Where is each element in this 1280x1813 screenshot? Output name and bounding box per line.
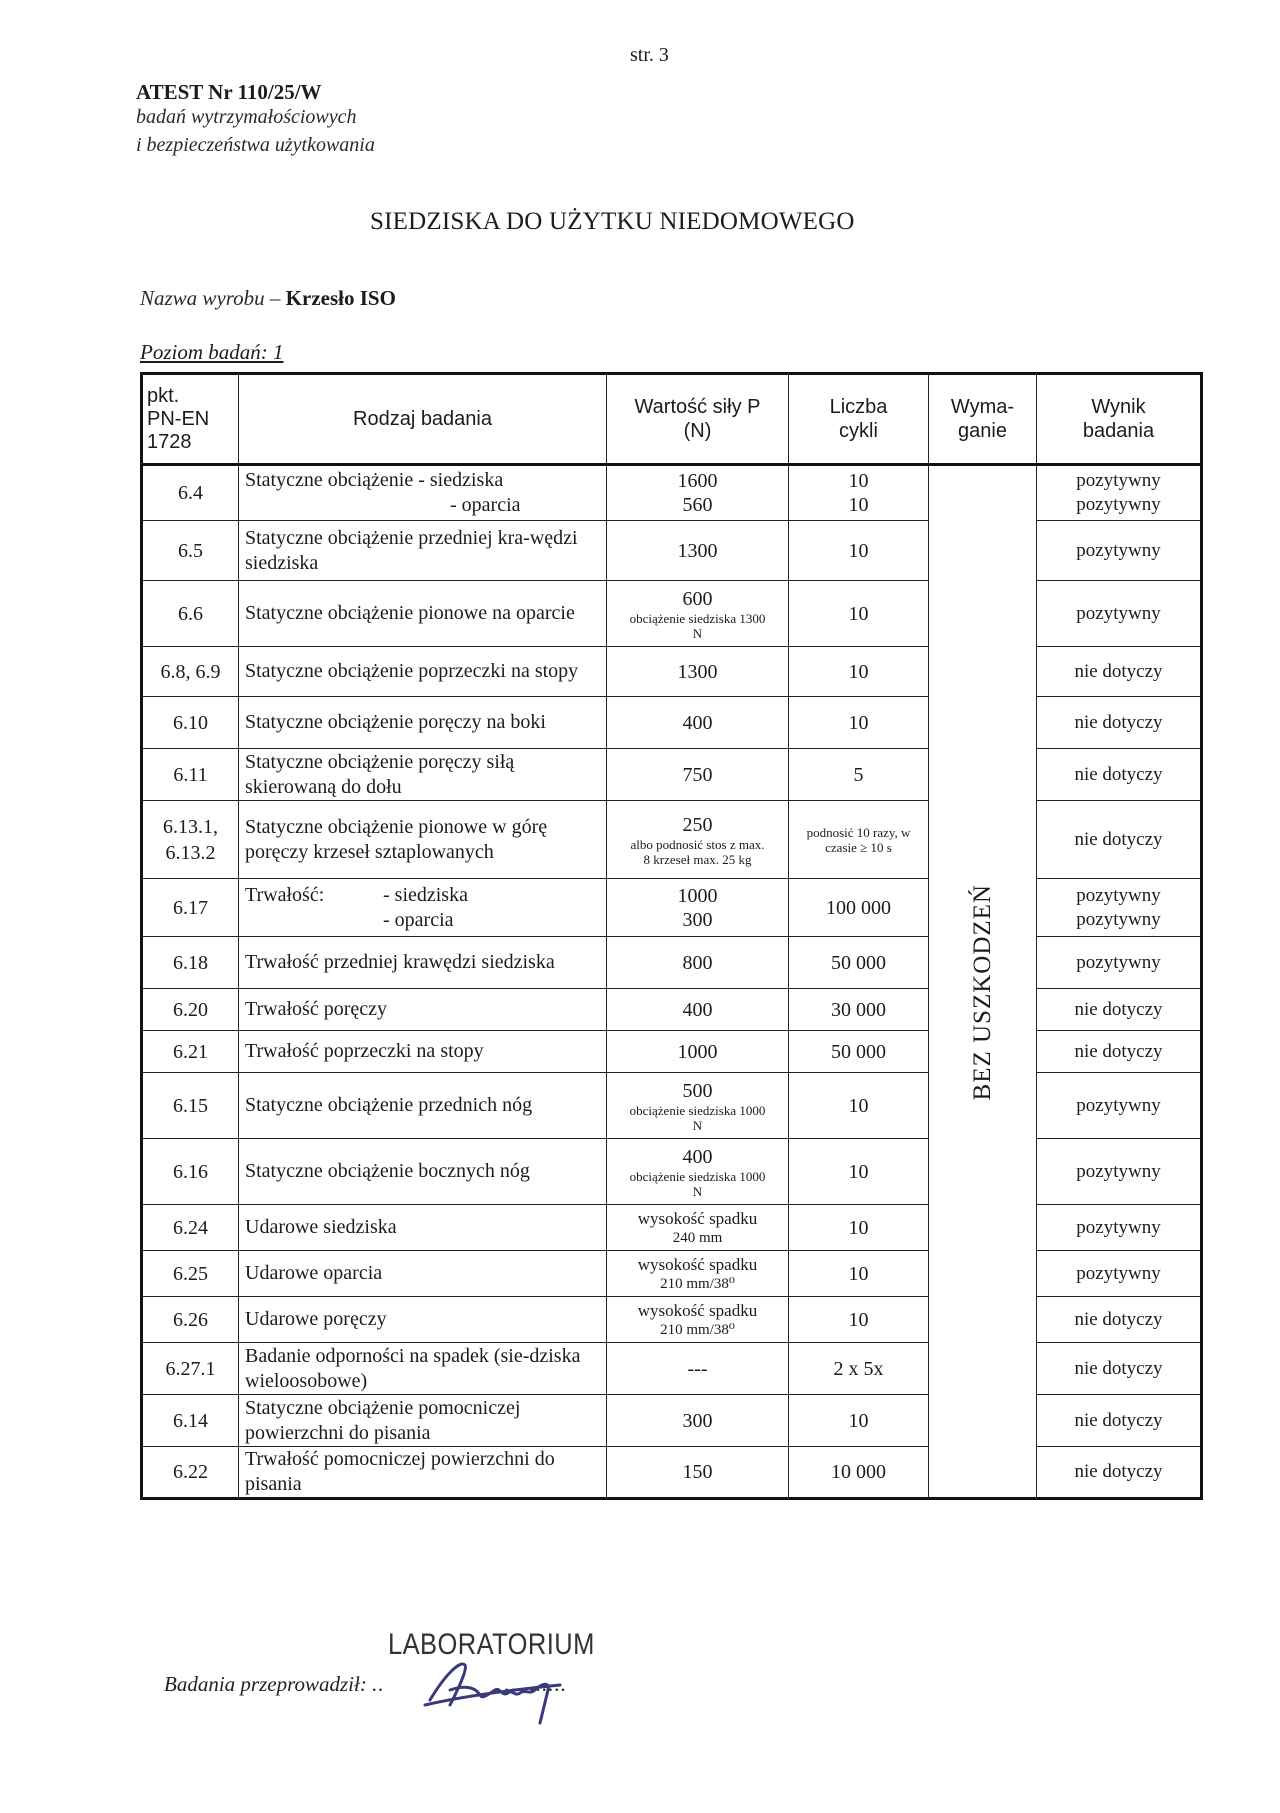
cycles-value: 10 [795,1094,922,1118]
cell-test-type: Statyczne obciążenie - siedziska- oparci… [239,465,607,521]
cell-test-type: Statyczne obciążenie pionowe w górę porę… [239,801,607,879]
table-row: 6.8, 6.9Statyczne obciążenie poprzeczki … [142,647,1202,697]
table-row: 6.25Udarowe oparciawysokość spadku210 mm… [142,1251,1202,1297]
col-header-pkt: pkt. PN-EN 1728 [142,374,239,465]
cell-pkt: 6.20 [142,989,239,1031]
cell-pkt: 6.17 [142,879,239,937]
cycles-value: 10 [795,602,922,626]
cell-force: 600obciążenie siedziska 1300 N [607,581,789,647]
product-name: Krzesło ISO [286,286,396,310]
force-value: 250 [613,813,782,837]
force-value: 400 [613,1145,782,1169]
cycles-value-2: 10 [795,493,922,517]
result-value: pozytywny [1043,469,1194,493]
result-value: nie dotyczy [1043,1308,1194,1332]
document-title: SIEDZISKA DO UŻYTKU NIEDOMOWEGO [370,208,855,236]
col-header-result: Wynik badania [1037,374,1202,465]
cell-force: 500obciążenie siedziska 1000 N [607,1073,789,1139]
force-value: 1300 [613,539,782,563]
result-value-2: pozytywny [1043,908,1194,932]
cell-test-type: Trwałość poręczy [239,989,607,1031]
force-value: 400 [613,711,782,735]
test-level: Poziom badań: 1 [140,340,284,365]
certificate-subtitle-line2: i bezpieczeństwa użytkowania [136,134,375,157]
force-value: 1000 [613,1040,782,1064]
cell-cycles: 10 [789,521,929,581]
cycles-value: 100 000 [795,896,922,920]
cell-cycles: 2 x 5x [789,1343,929,1395]
cell-result: pozytywnypozytywny [1037,879,1202,937]
cell-force: 750 [607,749,789,801]
cell-cycles: 100 000 [789,879,929,937]
force-value-2: 240 mm [613,1229,782,1247]
handwritten-signature [420,1645,570,1725]
cycles-value: 10 [795,660,922,684]
table-row: 6.10Statyczne obciążenie poręczy na boki… [142,697,1202,749]
cell-pkt: 6.8, 6.9 [142,647,239,697]
cell-force: 400 [607,697,789,749]
table-header-row: pkt. PN-EN 1728 Rodzaj badania Wartość s… [142,374,1202,465]
force-value: 800 [613,951,782,975]
table-row: 6.26Udarowe poręczywysokość spadku210 mm… [142,1297,1202,1343]
certificate-number: ATEST Nr 110/25/W [136,80,322,105]
col-header-force: Wartość siły P (N) [607,374,789,465]
table-row: 6.4Statyczne obciążenie - siedziska- opa… [142,465,1202,521]
cell-cycles: podnosić 10 razy, w czasie ≥ 10 s [789,801,929,879]
cycles-value: 10 [795,1216,922,1240]
force-value-2: 300 [613,908,782,932]
table-row: 6.20Trwałość poręczy40030 000nie dotyczy [142,989,1202,1031]
cell-force: wysokość spadku240 mm [607,1205,789,1251]
cycles-value: 50 000 [795,1040,922,1064]
signature-dots-left: .. [372,1672,385,1696]
cell-pkt: 6.25 [142,1251,239,1297]
cell-test-type: Trwałość przedniej krawędzi siedziska [239,937,607,989]
cell-result: pozytywny [1037,521,1202,581]
cycles-value: 10 [795,1160,922,1184]
cell-cycles: 30 000 [789,989,929,1031]
cell-test-type: Udarowe siedziska [239,1205,607,1251]
cell-force: 1300 [607,521,789,581]
cell-test-type: Statyczne obciążenie poręczy na boki [239,697,607,749]
result-value: pozytywny [1043,602,1194,626]
cell-pkt: 6.14 [142,1395,239,1447]
desc-line2: - oparcia [245,493,600,518]
cycles-value: 10 [795,1409,922,1433]
col-header-cycles: Liczba cykli [789,374,929,465]
cell-requirement: BEZ USZKODZEŃ [929,465,1037,1499]
cell-force: 1000300 [607,879,789,937]
cell-cycles: 5 [789,749,929,801]
cell-result: nie dotyczy [1037,801,1202,879]
cell-pkt: 6.22 [142,1447,239,1499]
force-value: 750 [613,763,782,787]
result-value: nie dotyczy [1043,1040,1194,1064]
cell-cycles: 1010 [789,465,929,521]
cell-result: nie dotyczy [1037,1395,1202,1447]
force-value: --- [613,1357,782,1381]
force-note: obciążenie siedziska 1000 N [613,1169,782,1199]
cycles-value: 30 000 [795,998,922,1022]
table-row: 6.5Statyczne obciążenie przedniej kra-wę… [142,521,1202,581]
cycles-value: 10 [795,1308,922,1332]
cycles-value: 5 [795,763,922,787]
force-value: 1600 [613,469,782,493]
certificate-subtitle-line1: badań wytrzymałościowych [136,106,357,129]
cell-cycles: 10 [789,1073,929,1139]
table-row: 6.15Statyczne obciążenie przednich nóg50… [142,1073,1202,1139]
desc-part-a: - siedziska [383,883,468,908]
force-note: albo podnosić stos z max. 8 krzeseł max.… [613,837,782,867]
force-value: wysokość spadku [613,1255,782,1275]
force-value: wysokość spadku [613,1209,782,1229]
product-label: Nazwa wyrobu – [140,286,286,310]
table-row: 6.13.1, 6.13.2Statyczne obciążenie piono… [142,801,1202,879]
result-value: pozytywny [1043,951,1194,975]
cell-test-type: Udarowe poręczy [239,1297,607,1343]
cell-pkt: 6.15 [142,1073,239,1139]
cell-test-type: Statyczne obciążenie przednich nóg [239,1073,607,1139]
cell-force: --- [607,1343,789,1395]
cell-pkt: 6.26 [142,1297,239,1343]
force-value: 600 [613,587,782,611]
result-value: nie dotyczy [1043,1460,1194,1484]
cell-pkt: 6.27.1 [142,1343,239,1395]
cell-force: 150 [607,1447,789,1499]
desc-label: Trwałość: [245,883,383,933]
cell-pkt: 6.11 [142,749,239,801]
cell-test-type: Trwałość poprzeczki na stopy [239,1031,607,1073]
table-row: 6.17Trwałość:- siedziska- oparcia1000300… [142,879,1202,937]
table-row: 6.22Trwałość pomocniczej powierzchni do … [142,1447,1202,1499]
table-row: 6.11Statyczne obciążenie poręczy siłą sk… [142,749,1202,801]
cycles-value: 10 [795,469,922,493]
table-row: 6.27.1Badanie odporności na spadek (sie-… [142,1343,1202,1395]
cell-result: pozytywny [1037,1073,1202,1139]
result-value: pozytywny [1043,539,1194,563]
result-value: pozytywny [1043,1160,1194,1184]
force-value-2: 560 [613,493,782,517]
force-value: 300 [613,1409,782,1433]
requirement-text: BEZ USZKODZEŃ [969,884,997,1100]
cell-pkt: 6.6 [142,581,239,647]
result-value: pozytywny [1043,884,1194,908]
table-row: 6.24Udarowe siedziskawysokość spadku240 … [142,1205,1202,1251]
cell-pkt: 6.21 [142,1031,239,1073]
cell-result: pozytywnypozytywny [1037,465,1202,521]
page-number: str. 3 [630,44,669,67]
cell-pkt: 6.24 [142,1205,239,1251]
desc-part-b: - oparcia [383,908,468,933]
cell-result: nie dotyczy [1037,1297,1202,1343]
cell-result: pozytywny [1037,1251,1202,1297]
force-value: 1300 [613,660,782,684]
cell-test-type: Statyczne obciążenie pionowe na oparcie [239,581,607,647]
cell-test-type: Udarowe oparcia [239,1251,607,1297]
force-value-2: 210 mm/38⁰ [613,1275,782,1293]
cell-force: 300 [607,1395,789,1447]
force-note: obciążenie siedziska 1300 N [613,611,782,641]
cycles-value: 10 [795,1262,922,1286]
test-results-table: pkt. PN-EN 1728 Rodzaj badania Wartość s… [140,372,1203,1500]
col-header-test-type: Rodzaj badania [239,374,607,465]
cell-pkt: 6.4 [142,465,239,521]
cell-result: pozytywny [1037,1205,1202,1251]
cell-result: nie dotyczy [1037,1447,1202,1499]
cell-force: wysokość spadku210 mm/38⁰ [607,1251,789,1297]
cell-result: nie dotyczy [1037,989,1202,1031]
cell-pkt: 6.10 [142,697,239,749]
cell-test-type: Trwałość pomocniczej powierzchni do pisa… [239,1447,607,1499]
result-value: nie dotyczy [1043,763,1194,787]
col-header-requirement: Wyma- ganie [929,374,1037,465]
result-value: nie dotyczy [1043,998,1194,1022]
cell-result: nie dotyczy [1037,697,1202,749]
result-value: pozytywny [1043,1216,1194,1240]
cell-cycles: 10 [789,1139,929,1205]
cell-force: 400obciążenie siedziska 1000 N [607,1139,789,1205]
cell-force: wysokość spadku210 mm/38⁰ [607,1297,789,1343]
cell-test-type: Statyczne obciążenie poręczy siłą skiero… [239,749,607,801]
cell-cycles: 10 [789,581,929,647]
result-value: nie dotyczy [1043,1409,1194,1433]
cell-result: pozytywny [1037,1139,1202,1205]
table-row: 6.18Trwałość przedniej krawędzi siedzisk… [142,937,1202,989]
cell-cycles: 10 000 [789,1447,929,1499]
cell-test-type: Statyczne obciążenie pomocniczej powierz… [239,1395,607,1447]
cell-cycles: 50 000 [789,1031,929,1073]
cell-test-type: Badanie odporności na spadek (sie-dziska… [239,1343,607,1395]
cell-force: 800 [607,937,789,989]
result-value: nie dotyczy [1043,711,1194,735]
conducted-by-label: Badania przeprowadził: [164,1672,372,1696]
cycles-note: podnosić 10 razy, w czasie ≥ 10 s [795,825,922,855]
force-value: wysokość spadku [613,1301,782,1321]
cell-result: nie dotyczy [1037,749,1202,801]
product-name-line: Nazwa wyrobu – Krzesło ISO [140,286,396,311]
force-value-2: 210 mm/38⁰ [613,1321,782,1339]
cell-result: pozytywny [1037,937,1202,989]
result-value: pozytywny [1043,1262,1194,1286]
table-row: 6.21Trwałość poprzeczki na stopy100050 0… [142,1031,1202,1073]
table-row: 6.16Statyczne obciążenie bocznych nóg400… [142,1139,1202,1205]
cell-force: 1300 [607,647,789,697]
result-value-2: pozytywny [1043,493,1194,517]
cell-pkt: 6.13.1, 6.13.2 [142,801,239,879]
cell-cycles: 50 000 [789,937,929,989]
force-value: 150 [613,1460,782,1484]
cell-cycles: 10 [789,1395,929,1447]
cell-test-type: Statyczne obciążenie bocznych nóg [239,1139,607,1205]
cell-result: pozytywny [1037,581,1202,647]
cycles-value: 50 000 [795,951,922,975]
cell-pkt: 6.5 [142,521,239,581]
result-value: nie dotyczy [1043,828,1194,852]
result-value: pozytywny [1043,1094,1194,1118]
force-value: 1000 [613,884,782,908]
cycles-value: 10 000 [795,1460,922,1484]
cycles-value: 10 [795,711,922,735]
cell-cycles: 10 [789,697,929,749]
cell-test-type: Trwałość:- siedziska- oparcia [239,879,607,937]
cell-force: 400 [607,989,789,1031]
cell-test-type: Statyczne obciążenie przedniej kra-wędzi… [239,521,607,581]
force-value: 500 [613,1079,782,1103]
cell-force: 1000 [607,1031,789,1073]
cell-pkt: 6.16 [142,1139,239,1205]
cell-result: nie dotyczy [1037,1031,1202,1073]
cell-pkt: 6.18 [142,937,239,989]
cell-result: nie dotyczy [1037,1343,1202,1395]
cycles-value: 10 [795,539,922,563]
cell-cycles: 10 [789,1205,929,1251]
cell-cycles: 10 [789,1251,929,1297]
cell-force: 1600560 [607,465,789,521]
cell-result: nie dotyczy [1037,647,1202,697]
table-row: 6.6Statyczne obciążenie pionowe na oparc… [142,581,1202,647]
desc-line1: Statyczne obciążenie - siedziska [245,468,600,493]
cell-force: 250albo podnosić stos z max. 8 krzeseł m… [607,801,789,879]
result-value: nie dotyczy [1043,1357,1194,1381]
cell-cycles: 10 [789,1297,929,1343]
result-value: nie dotyczy [1043,660,1194,684]
cell-cycles: 10 [789,647,929,697]
force-value: 400 [613,998,782,1022]
cycles-value: 2 x 5x [795,1357,922,1381]
cell-test-type: Statyczne obciążenie poprzeczki na stopy [239,647,607,697]
force-note: obciążenie siedziska 1000 N [613,1103,782,1133]
table-row: 6.14Statyczne obciążenie pomocniczej pow… [142,1395,1202,1447]
